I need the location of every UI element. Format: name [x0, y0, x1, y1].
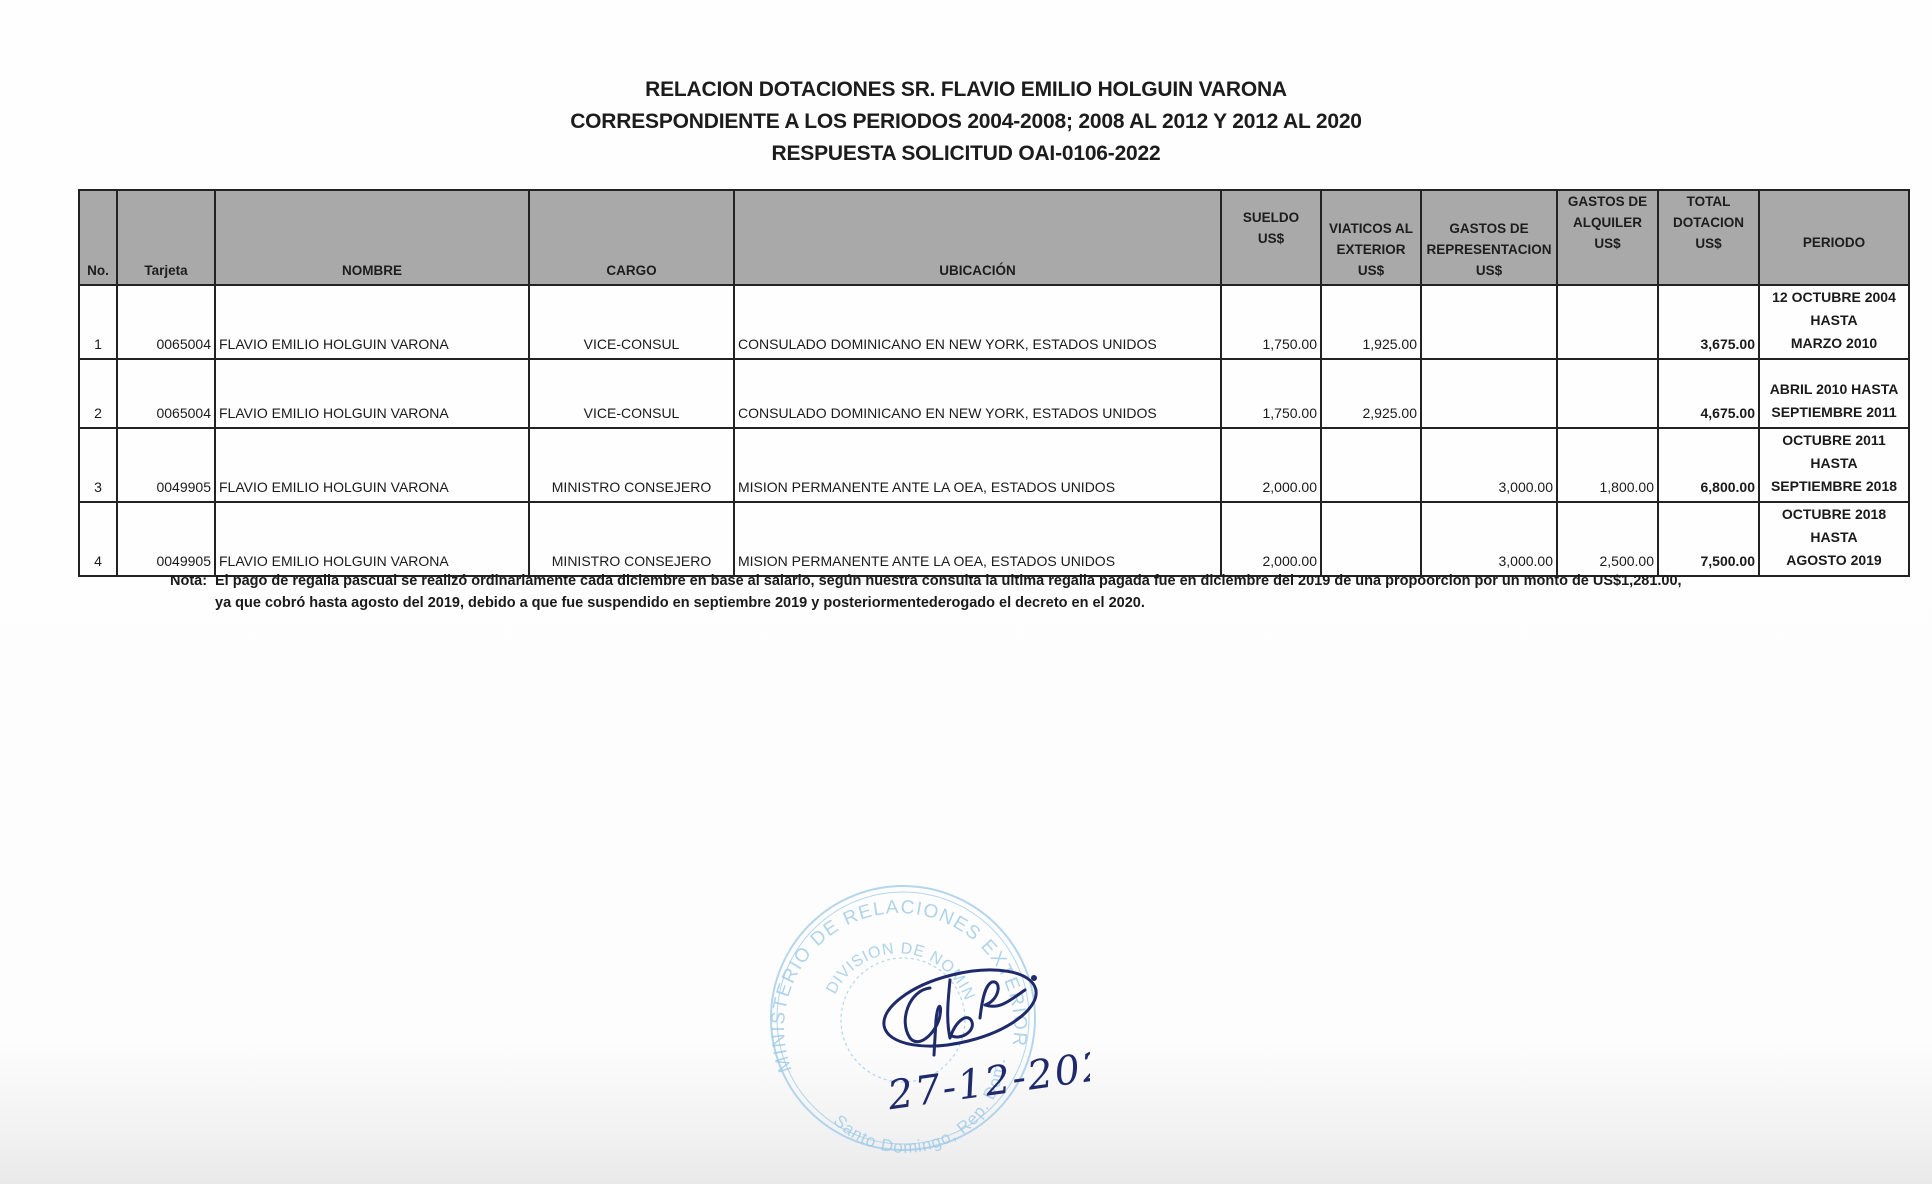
cell-nombre: FLAVIO EMILIO HOLGUIN VARONA — [215, 285, 529, 359]
cell-viaticos — [1321, 502, 1421, 576]
cell-no: 1 — [79, 285, 117, 359]
cell-alquiler — [1557, 285, 1658, 359]
cell-alquiler — [1557, 359, 1658, 428]
header-ubicacion: UBICACIÓN — [734, 190, 1221, 285]
note-text: El pago de regalia pascual se realizó or… — [215, 570, 1770, 614]
header-line: SUELDO — [1225, 207, 1317, 228]
cell-representacion: 3,000.00 — [1421, 502, 1557, 576]
cell-viaticos: 2,925.00 — [1321, 359, 1421, 428]
header-total: TOTALDOTACIONUS$ — [1658, 190, 1759, 285]
cell-viaticos: 1,925.00 — [1321, 285, 1421, 359]
note-label: Nota: — [170, 570, 207, 592]
cell-tarjeta: 0049905 — [117, 428, 215, 502]
cell-tarjeta: 0065004 — [117, 285, 215, 359]
cell-total: 4,675.00 — [1658, 359, 1759, 428]
cell-total: 3,675.00 — [1658, 285, 1759, 359]
signature: 27-12-2022 — [850, 960, 1090, 1110]
document-title: RELACION DOTACIONES SR. FLAVIO EMILIO HO… — [0, 74, 1932, 170]
header-line: US$ — [1561, 233, 1654, 254]
header-line: VIATICOS AL — [1325, 218, 1417, 239]
table-row: 30049905FLAVIO EMILIO HOLGUIN VARONAMINI… — [79, 428, 1909, 502]
header-line: US$ — [1425, 260, 1553, 281]
cell-representacion — [1421, 285, 1557, 359]
cell-alquiler: 1,800.00 — [1557, 428, 1658, 502]
cell-sueldo: 1,750.00 — [1221, 359, 1321, 428]
cell-total: 6,800.00 — [1658, 428, 1759, 502]
header-sueldo: SUELDOUS$ — [1221, 190, 1321, 285]
cell-ubicacion: MISION PERMANENTE ANTE LA OEA, ESTADOS U… — [734, 428, 1221, 502]
table-row: 40049905FLAVIO EMILIO HOLGUIN VARONAMINI… — [79, 502, 1909, 576]
cell-tarjeta: 0065004 — [117, 359, 215, 428]
cell-cargo: MINISTRO CONSEJERO — [529, 502, 734, 576]
cell-sueldo: 2,000.00 — [1221, 502, 1321, 576]
header-viaticos: VIATICOS ALEXTERIORUS$ — [1321, 190, 1421, 285]
cell-cargo: VICE-CONSUL — [529, 285, 734, 359]
header-alquiler: GASTOS DEALQUILERUS$ — [1557, 190, 1658, 285]
table-row: 20065004FLAVIO EMILIO HOLGUIN VARONAVICE… — [79, 359, 1909, 428]
title-line-3: RESPUESTA SOLICITUD OAI-0106-2022 — [0, 138, 1932, 170]
header-line: US$ — [1662, 233, 1755, 254]
header-line: EXTERIOR — [1325, 239, 1417, 260]
cell-representacion: 3,000.00 — [1421, 428, 1557, 502]
signature-date: 27-12-2022 — [884, 1039, 1090, 1110]
cell-periodo: OCTUBRE 2018HASTAAGOSTO 2019 — [1759, 502, 1909, 576]
period-line: OCTUBRE 2011 — [1763, 429, 1905, 452]
period-line: AGOSTO 2019 — [1763, 549, 1905, 572]
cell-sueldo: 2,000.00 — [1221, 428, 1321, 502]
period-line: SEPTIEMBRE 2018 — [1763, 475, 1905, 498]
header-representacion: GASTOS DEREPRESENTACIONUS$ — [1421, 190, 1557, 285]
header-line: DOTACION — [1662, 212, 1755, 233]
cell-viaticos — [1321, 428, 1421, 502]
cell-ubicacion: CONSULADO DOMINICANO EN NEW YORK, ESTADO… — [734, 285, 1221, 359]
cell-ubicacion: MISION PERMANENTE ANTE LA OEA, ESTADOS U… — [734, 502, 1221, 576]
note-line-2: ya que cobró hasta agosto del 2019, debi… — [215, 592, 1770, 614]
title-line-1: RELACION DOTACIONES SR. FLAVIO EMILIO HO… — [0, 74, 1932, 106]
period-line: 12 OCTUBRE 2004 — [1763, 286, 1905, 309]
header-line: GASTOS DE — [1425, 218, 1553, 239]
header-cargo: CARGO — [529, 190, 734, 285]
period-line: OCTUBRE 2018 — [1763, 503, 1905, 526]
cell-no: 2 — [79, 359, 117, 428]
header-tarjeta: Tarjeta — [117, 190, 215, 285]
cell-periodo: ABRIL 2010 HASTASEPTIEMBRE 2011 — [1759, 359, 1909, 428]
period-line: HASTA — [1763, 526, 1905, 549]
title-line-2: CORRESPONDIENTE A LOS PERIODOS 2004-2008… — [0, 106, 1932, 138]
header-periodo: PERIODO — [1759, 190, 1909, 285]
cell-tarjeta: 0049905 — [117, 502, 215, 576]
note: Nota: El pago de regalia pascual se real… — [170, 570, 1770, 614]
table-header-row: No. Tarjeta NOMBRE CARGO UBICACIÓN SUELD… — [79, 190, 1909, 285]
cell-alquiler: 2,500.00 — [1557, 502, 1658, 576]
period-line: ABRIL 2010 HASTA — [1763, 378, 1905, 401]
header-line: US$ — [1325, 260, 1417, 281]
note-line-1: El pago de regalia pascual se realizó or… — [215, 570, 1770, 592]
header-line: ALQUILER — [1561, 212, 1654, 233]
cell-cargo: VICE-CONSUL — [529, 359, 734, 428]
cell-periodo: 12 OCTUBRE 2004HASTAMARZO 2010 — [1759, 285, 1909, 359]
cell-total: 7,500.00 — [1658, 502, 1759, 576]
allocations-table: No. Tarjeta NOMBRE CARGO UBICACIÓN SUELD… — [78, 189, 1910, 577]
header-line: US$ — [1225, 228, 1317, 249]
header-line: GASTOS DE — [1561, 191, 1654, 212]
cell-ubicacion: CONSULADO DOMINICANO EN NEW YORK, ESTADO… — [734, 359, 1221, 428]
header-line: TOTAL — [1662, 191, 1755, 212]
signature-loop — [876, 960, 1044, 1060]
cell-no: 3 — [79, 428, 117, 502]
cell-periodo: OCTUBRE 2011HASTASEPTIEMBRE 2018 — [1759, 428, 1909, 502]
cell-representacion — [1421, 359, 1557, 428]
cell-nombre: FLAVIO EMILIO HOLGUIN VARONA — [215, 359, 529, 428]
period-line: MARZO 2010 — [1763, 332, 1905, 355]
period-line: HASTA — [1763, 309, 1905, 332]
header-line: REPRESENTACION — [1425, 239, 1553, 260]
period-line: HASTA — [1763, 452, 1905, 475]
cell-no: 4 — [79, 502, 117, 576]
cell-cargo: MINISTRO CONSEJERO — [529, 428, 734, 502]
cell-sueldo: 1,750.00 — [1221, 285, 1321, 359]
table-row: 10065004FLAVIO EMILIO HOLGUIN VARONAVICE… — [79, 285, 1909, 359]
header-no: No. — [79, 190, 117, 285]
header-nombre: NOMBRE — [215, 190, 529, 285]
period-line: SEPTIEMBRE 2011 — [1763, 401, 1905, 424]
cell-nombre: FLAVIO EMILIO HOLGUIN VARONA — [215, 502, 529, 576]
cell-nombre: FLAVIO EMILIO HOLGUIN VARONA — [215, 428, 529, 502]
